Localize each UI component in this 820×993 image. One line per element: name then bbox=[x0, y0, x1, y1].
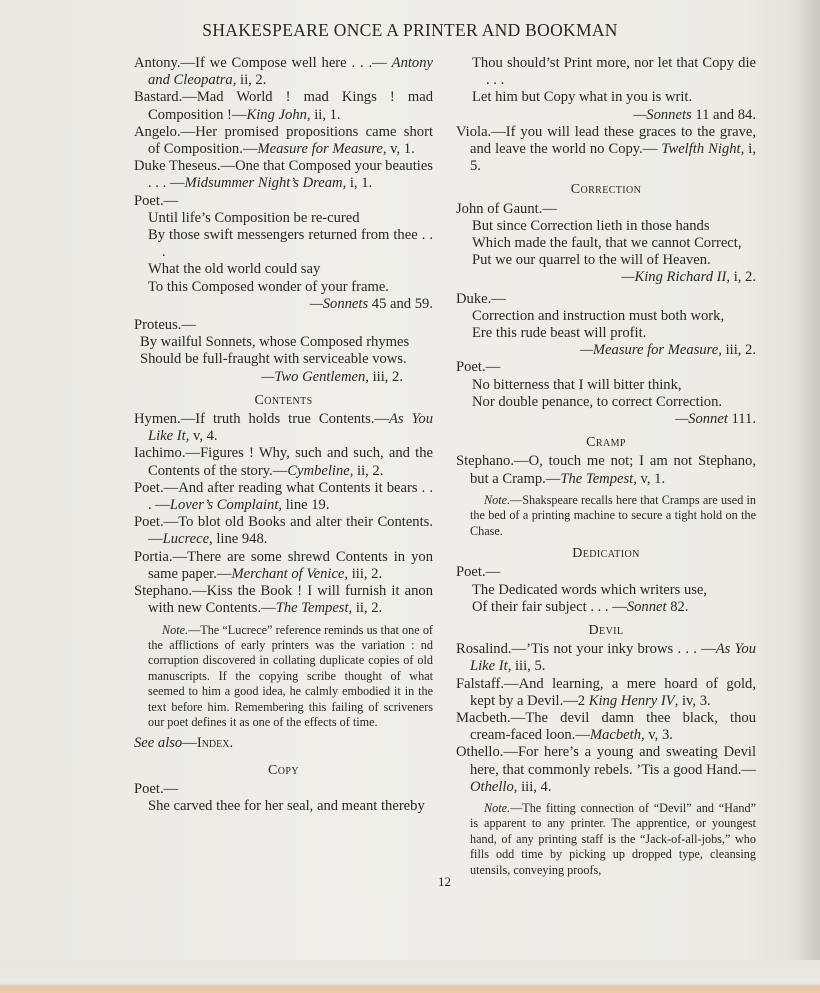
section-heading-cramp: Cramp bbox=[456, 434, 756, 451]
verse-line: Of their fair subject . . . —Sonnet 82. bbox=[472, 599, 756, 616]
speaker-label: Duke.— bbox=[456, 291, 756, 308]
quote-entry: Iachimo.—Figures ! Why, such and such, a… bbox=[134, 445, 433, 479]
citation: —Two Gentlemen, iii, 2. bbox=[134, 369, 433, 386]
verse-line: The Dedicated words which writers use, bbox=[472, 582, 756, 599]
footnote: Note.—Shakspeare recalls here that Cramp… bbox=[456, 493, 756, 539]
quote-entry: Angelo.—Her promised propositions came s… bbox=[134, 124, 433, 158]
footnote: Note.—The fitting connection of “Devil” … bbox=[456, 801, 756, 878]
book-page: SHAKESPEARE ONCE A PRINTER AND BOOKMAN A… bbox=[0, 0, 820, 960]
see-also: See also—Index. bbox=[134, 735, 433, 752]
quote-entry: Poet.—And after reading what Contents it… bbox=[134, 480, 433, 514]
verse-block: Duke.— Correction and instruction must b… bbox=[456, 291, 756, 360]
section-heading-dedication: Dedication bbox=[456, 545, 756, 562]
see-also-link[interactable]: —Index. bbox=[182, 735, 233, 751]
section-heading-contents: Contents bbox=[134, 392, 433, 409]
quote-entry: Falstaff.—And learning, a mere hoard of … bbox=[456, 676, 756, 710]
quote-entry: Antony.—If we Compose well here . . .— A… bbox=[134, 55, 433, 89]
quote-entry: Othello.—For here’s a young and sweating… bbox=[456, 744, 756, 796]
running-head: SHAKESPEARE ONCE A PRINTER AND BOOKMAN bbox=[0, 20, 820, 41]
verse-line: Should be full-fraught with serviceable … bbox=[140, 351, 433, 368]
quote-entry: Hymen.—If truth holds true Contents.—As … bbox=[134, 411, 433, 445]
verse-line: Which made the fault, that we cannot Cor… bbox=[472, 235, 756, 252]
footnote: Note.—The “Lucrece” reference reminds us… bbox=[134, 623, 433, 731]
quote-entry: Portia.—There are some shrewd Contents i… bbox=[134, 549, 433, 583]
citation: —Sonnets 11 and 84. bbox=[456, 107, 756, 124]
section-heading-devil: Devil bbox=[456, 622, 756, 639]
verse-block: Poet.— No bitterness that I will bitter … bbox=[456, 359, 756, 428]
quote-entry: Viola.—If you will lead these graces to … bbox=[456, 124, 756, 176]
verse-line: Thou should’st Print more, nor let that … bbox=[472, 55, 756, 89]
citation: —Sonnet 111. bbox=[456, 411, 756, 428]
quote-entry: Bastard.—Mad World ! mad Kings ! mad Com… bbox=[134, 89, 433, 123]
speaker-label: Poet.— bbox=[456, 564, 756, 581]
citation: —Sonnets 45 and 59. bbox=[134, 296, 433, 313]
speaker-label: Poet.— bbox=[456, 359, 756, 376]
page-edge bbox=[0, 960, 820, 993]
right-column: Thou should’st Print more, nor let that … bbox=[456, 55, 756, 883]
verse-line: Nor double penance, to correct Correctio… bbox=[472, 394, 756, 411]
verse-line: Ere this rude beast will profit. bbox=[472, 325, 756, 342]
quote-entry: Duke Theseus.—One that Composed your bea… bbox=[134, 158, 433, 192]
section-heading-correction: Correction bbox=[456, 181, 756, 198]
verse-line: Until life’s Composition be re-cured bbox=[148, 210, 433, 227]
verse-block: John of Gaunt.— But since Correction lie… bbox=[456, 201, 756, 287]
verse-line: To this Composed wonder of your frame. bbox=[148, 279, 433, 296]
speaker-label: John of Gaunt.— bbox=[456, 201, 756, 218]
speaker-label: Poet.— bbox=[134, 193, 433, 210]
left-column: Antony.—If we Compose well here . . .— A… bbox=[134, 55, 433, 815]
verse-line: What the old world could say bbox=[148, 261, 433, 278]
verse-line: By those swift messengers returned from … bbox=[148, 227, 433, 261]
verse-line: Correction and instruction must both wor… bbox=[472, 308, 756, 325]
quote-entry: Macbeth.—The devil damn thee black, thou… bbox=[456, 710, 756, 744]
verse-line: Let him but Copy what in you is writ. bbox=[472, 89, 756, 106]
verse-line: Put we our quarrel to the will of Heaven… bbox=[472, 252, 756, 269]
speaker-label: Poet.— bbox=[134, 781, 433, 798]
verse-block: Proteus.— By wailful Sonnets, whose Comp… bbox=[134, 317, 433, 386]
citation: —Measure for Measure, iii, 2. bbox=[456, 342, 756, 359]
section-heading-copy: Copy bbox=[134, 762, 433, 779]
quote-entry: Rosalind.—’Tis not your inky brows . . .… bbox=[456, 641, 756, 675]
quote-entry: Poet.—To blot old Books and alter their … bbox=[134, 514, 433, 548]
quote-entry: Stephano.—O, touch me not; I am not Step… bbox=[456, 453, 756, 487]
page-number: 12 bbox=[438, 874, 451, 890]
verse-block: Poet.— Until life’s Composition be re-cu… bbox=[134, 193, 433, 313]
quote-entry: Stephano.—Kiss the Book ! I will furnish… bbox=[134, 583, 433, 617]
speaker-label: Proteus.— bbox=[134, 317, 433, 334]
verse-line: But since Correction lieth in those hand… bbox=[472, 218, 756, 235]
verse-line: By wailful Sonnets, whose Composed rhyme… bbox=[140, 334, 433, 351]
verse-line: No bitterness that I will bitter think, bbox=[472, 377, 756, 394]
verse-line: She carved thee for her seal, and meant … bbox=[148, 798, 433, 815]
citation: —King Richard II, i, 2. bbox=[456, 269, 756, 286]
